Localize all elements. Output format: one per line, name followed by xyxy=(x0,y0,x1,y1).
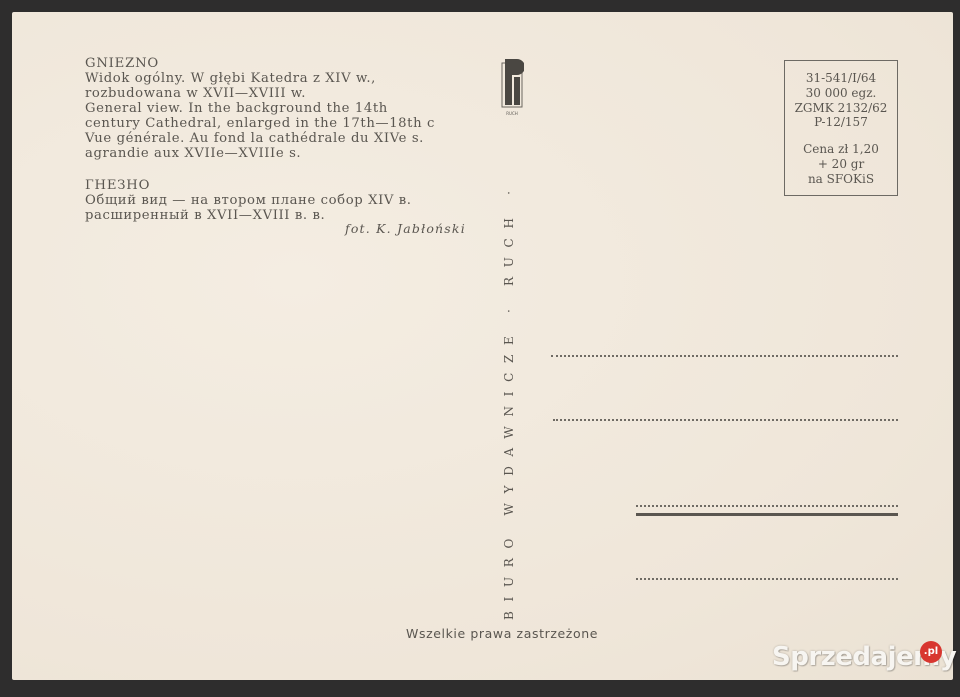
caption-line: Vue générale. Au fond la cathédrale du X… xyxy=(85,131,424,146)
price-box: 31-541/I/64 30 000 egz. ZGMK 2132/62 P-1… xyxy=(784,60,898,196)
svg-text:RUCH: RUCH xyxy=(506,111,518,116)
permit-code: P-12/157 xyxy=(785,115,897,130)
printer-code: ZGMK 2132/62 xyxy=(785,101,897,116)
price: Cena zł 1,20 xyxy=(785,142,897,157)
rights-reserved-text: Wszelkie prawa zastrzeżone xyxy=(406,626,598,641)
print-code: 31-541/I/64 xyxy=(785,71,897,86)
caption-line: agrandie aux XVIIe—XVIIIe s. xyxy=(85,146,301,161)
address-line-1 xyxy=(551,355,898,357)
address-line-4 xyxy=(636,578,898,580)
watermark-badge: .pl xyxy=(920,641,942,663)
print-run: 30 000 egz. xyxy=(785,86,897,101)
caption-line: century Cathedral, enlarged in the 17th—… xyxy=(85,116,435,131)
caption-line: General view. In the background the 14th xyxy=(85,101,388,116)
caption-line-ru: расширенный в XVII—XVIII в. в. xyxy=(85,208,325,223)
caption-title-ru: ГНЕЗНО xyxy=(85,178,150,193)
address-line-2 xyxy=(553,419,898,421)
photo-credit: fot. K. Jabłoński xyxy=(345,221,466,236)
caption-line-ru: Общий вид — на втором плане собор XIV в. xyxy=(85,193,412,208)
caption-line: rozbudowana w XVII—XVIII w. xyxy=(85,86,306,101)
caption-title-pl: GNIEZNO xyxy=(85,56,159,71)
address-underline xyxy=(636,513,898,516)
caption-line: Widok ogólny. W głębi Katedra z XIV w., xyxy=(85,71,376,86)
publisher-vertical-text: BIURO WYDAWNICZE · RUCH · xyxy=(502,181,516,620)
price-surcharge: + 20 gr xyxy=(785,157,897,172)
ruch-logo-icon: RUCH xyxy=(500,59,524,117)
price-fund: na SFOKiS xyxy=(785,172,897,187)
address-line-3 xyxy=(636,505,898,507)
